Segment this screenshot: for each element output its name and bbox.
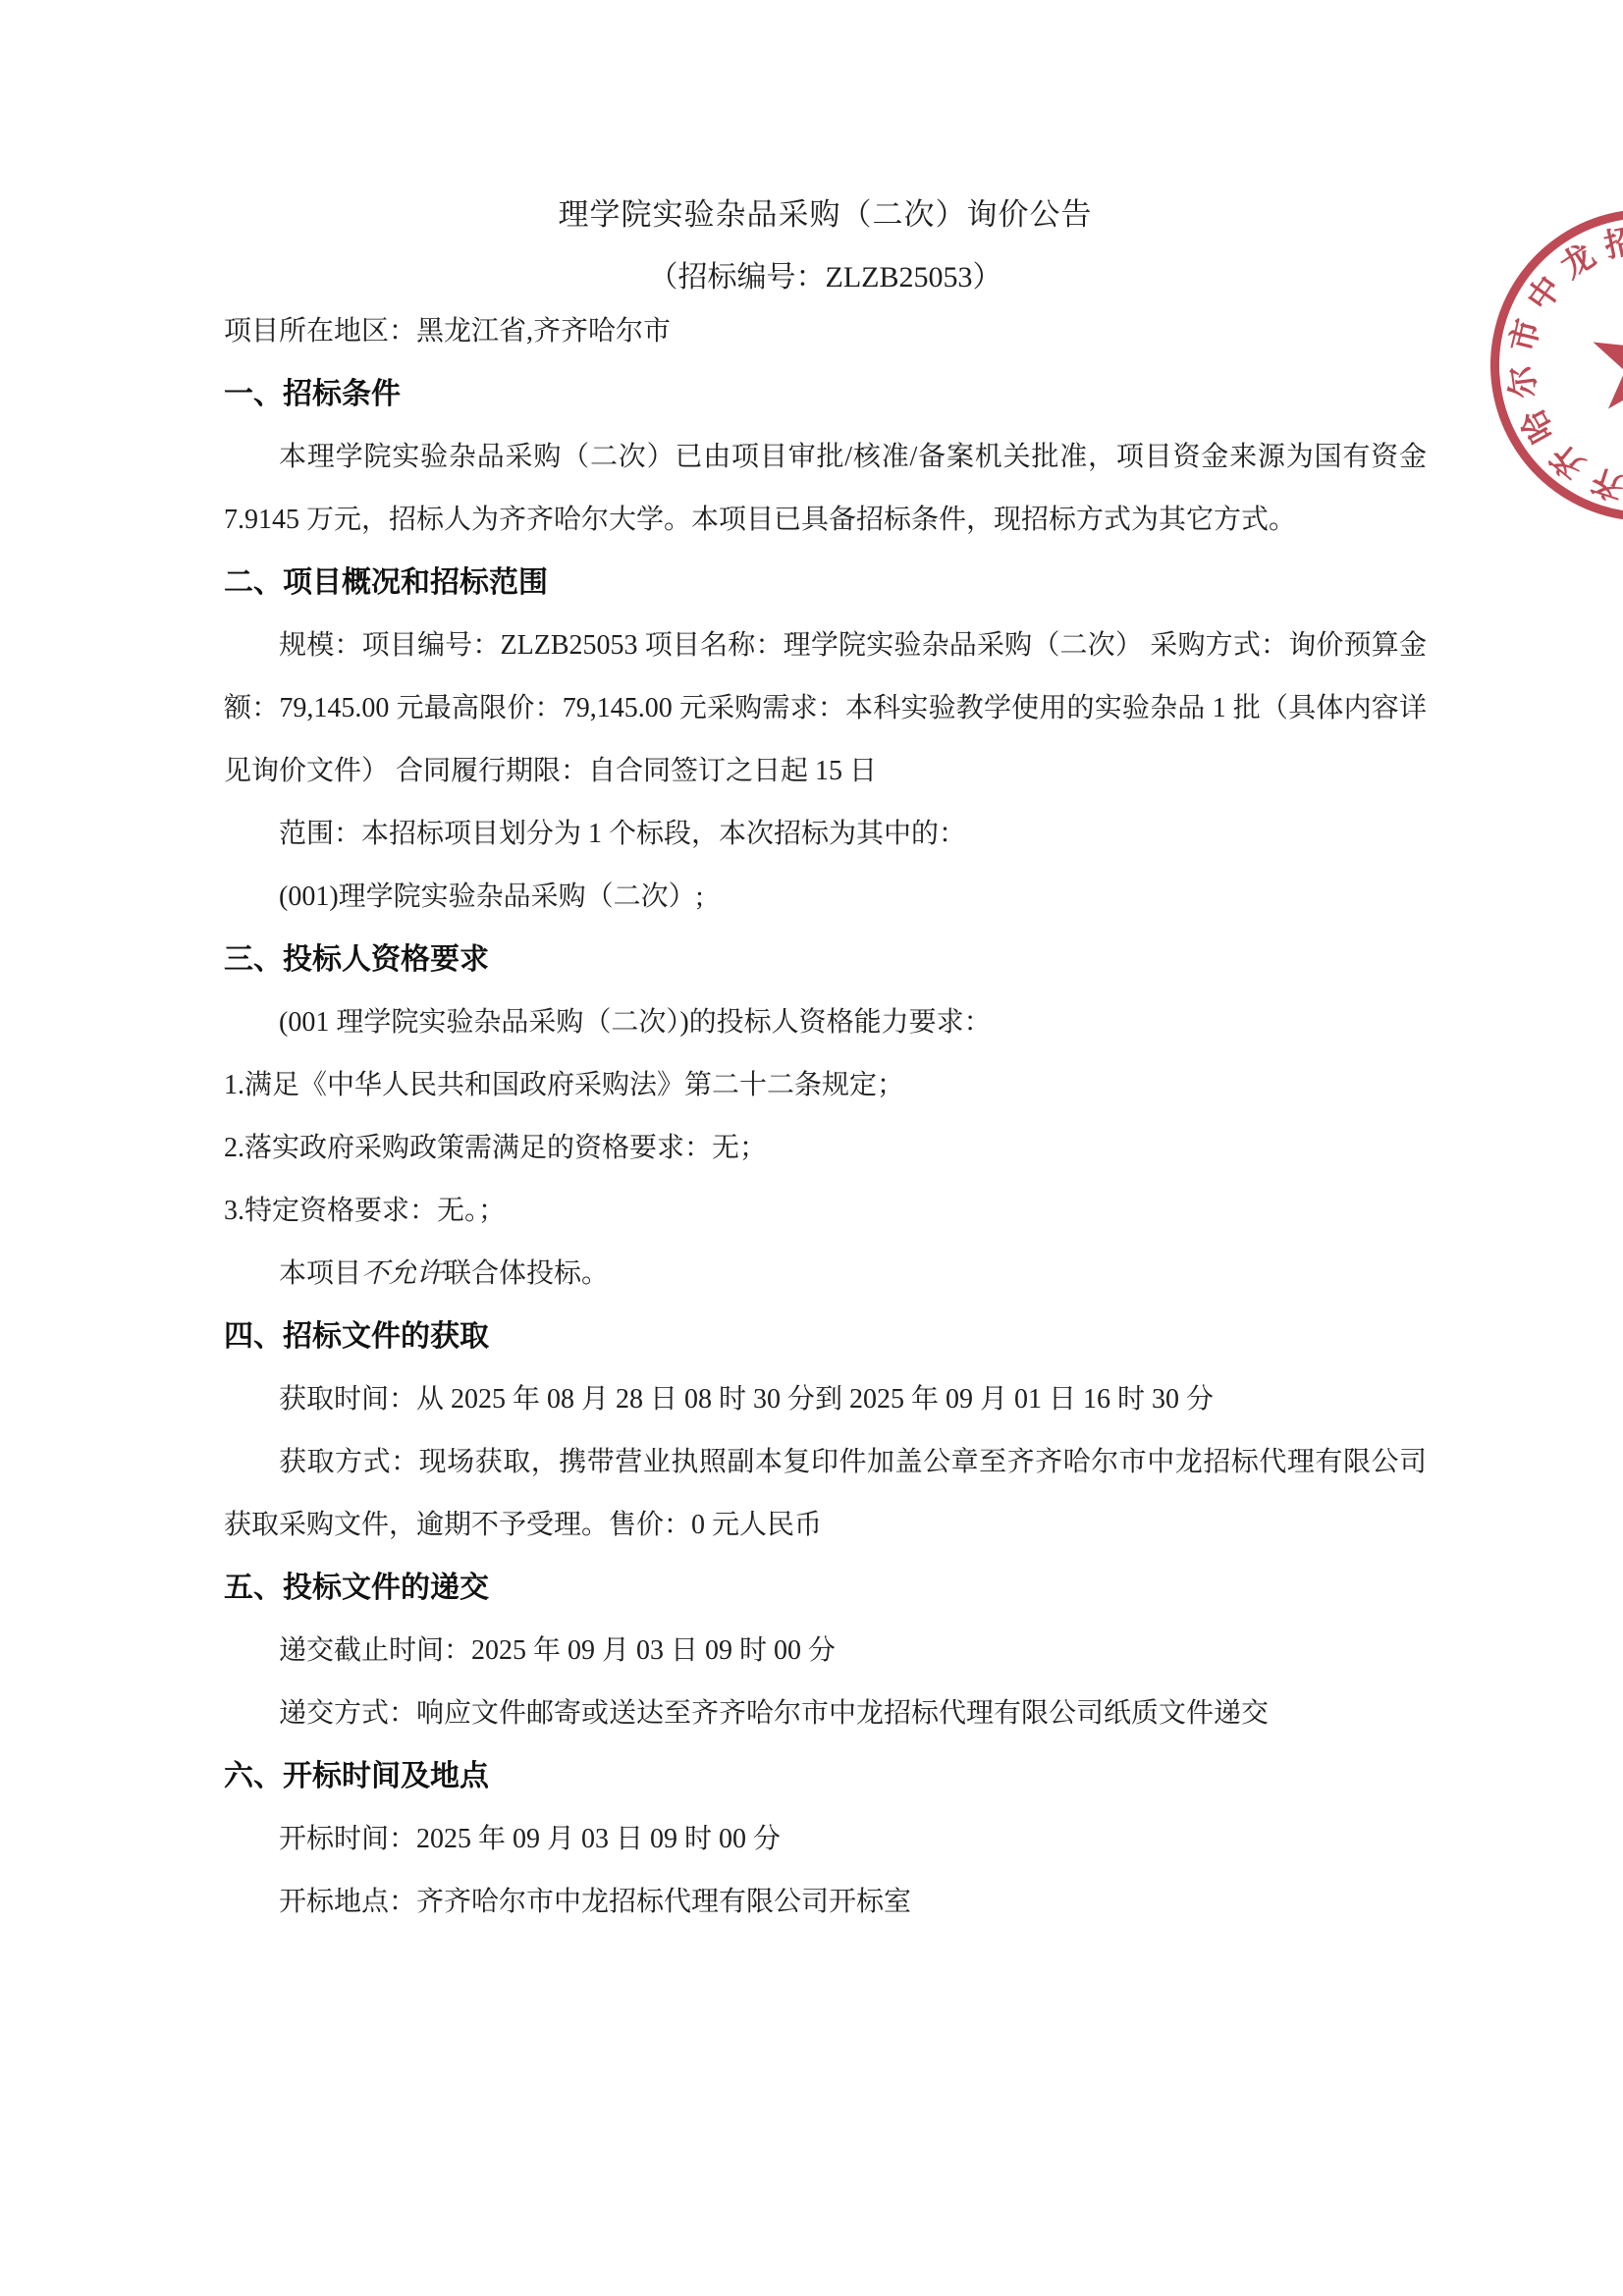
section-heading-2: 二、项目概况和招标范围 (224, 552, 1427, 614)
project-location-line: 项目所在地区：黑龙江省,齐齐哈尔市 (224, 300, 1427, 363)
section-1-paragraph: 本理学院实验杂品采购（二次）已由项目审批/核准/备案机关批准，项目资金来源为国有… (224, 426, 1427, 552)
document-content: 理学院实验杂品采购（二次）询价公告 （招标编号：ZLZB25053） 项目所在地… (0, 0, 1623, 1934)
no-joint-emphasis: 不允许 (361, 1258, 444, 1289)
open-time-line: 开标时间：2025 年 09 月 03 日 09 时 00 分 (224, 1808, 1427, 1871)
page-title: 理学院实验杂品采购（二次）询价公告 (224, 192, 1427, 238)
submit-method-line: 递交方式：响应文件邮寄或送达至齐齐哈尔市中龙招标代理有限公司纸质文件递交 (224, 1682, 1427, 1745)
qualification-item-3: 3.特定资格要求：无。； (224, 1180, 1427, 1243)
no-joint-bid-line: 本项目不允许联合体投标。 (224, 1243, 1427, 1306)
tender-number-subtitle: （招标编号：ZLZB25053） (224, 255, 1427, 300)
submit-deadline-line: 递交截止时间：2025 年 09 月 03 日 09 时 00 分 (224, 1620, 1427, 1682)
section-heading-1: 一、招标条件 (224, 363, 1427, 426)
section-2-scope-paragraph: 规模：项目编号：ZLZB25053 项目名称：理学院实验杂品采购（二次） 采购方… (224, 614, 1427, 803)
open-place-line: 开标地点：齐齐哈尔市中龙招标代理有限公司开标室 (224, 1871, 1427, 1934)
section-2-range-line: 范围：本招标项目划分为 1 个标段，本次招标为其中的： (224, 803, 1427, 866)
qualification-item-2: 2.落实政府采购政策需满足的资格要求：无； (224, 1117, 1427, 1180)
section-heading-3: 三、投标人资格要求 (224, 929, 1427, 991)
no-joint-prefix: 本项目 (279, 1258, 361, 1289)
section-heading-5: 五、投标文件的递交 (224, 1557, 1427, 1620)
document-page: 齐齐哈尔市中龙招标代理有限公司 理学院实验杂品采购（二次）询价公告 （招标编号：… (0, 0, 1623, 2296)
section-2-lot-line: (001)理学院实验杂品采购（二次）; (224, 866, 1427, 929)
section-heading-4: 四、招标文件的获取 (224, 1306, 1427, 1368)
qualification-intro-line: (001 理学院实验杂品采购（二次）)的投标人资格能力要求： (224, 991, 1427, 1054)
obtain-time-line: 获取时间：从 2025 年 08 月 28 日 08 时 30 分到 2025 … (224, 1368, 1427, 1431)
obtain-method-paragraph: 获取方式：现场获取，携带营业执照副本复印件加盖公章至齐齐哈尔市中龙招标代理有限公… (224, 1431, 1427, 1557)
qualification-item-1: 1.满足《中华人民共和国政府采购法》第二十二条规定； (224, 1054, 1427, 1117)
section-heading-6: 六、开标时间及地点 (224, 1745, 1427, 1808)
no-joint-suffix: 联合体投标。 (444, 1258, 609, 1289)
